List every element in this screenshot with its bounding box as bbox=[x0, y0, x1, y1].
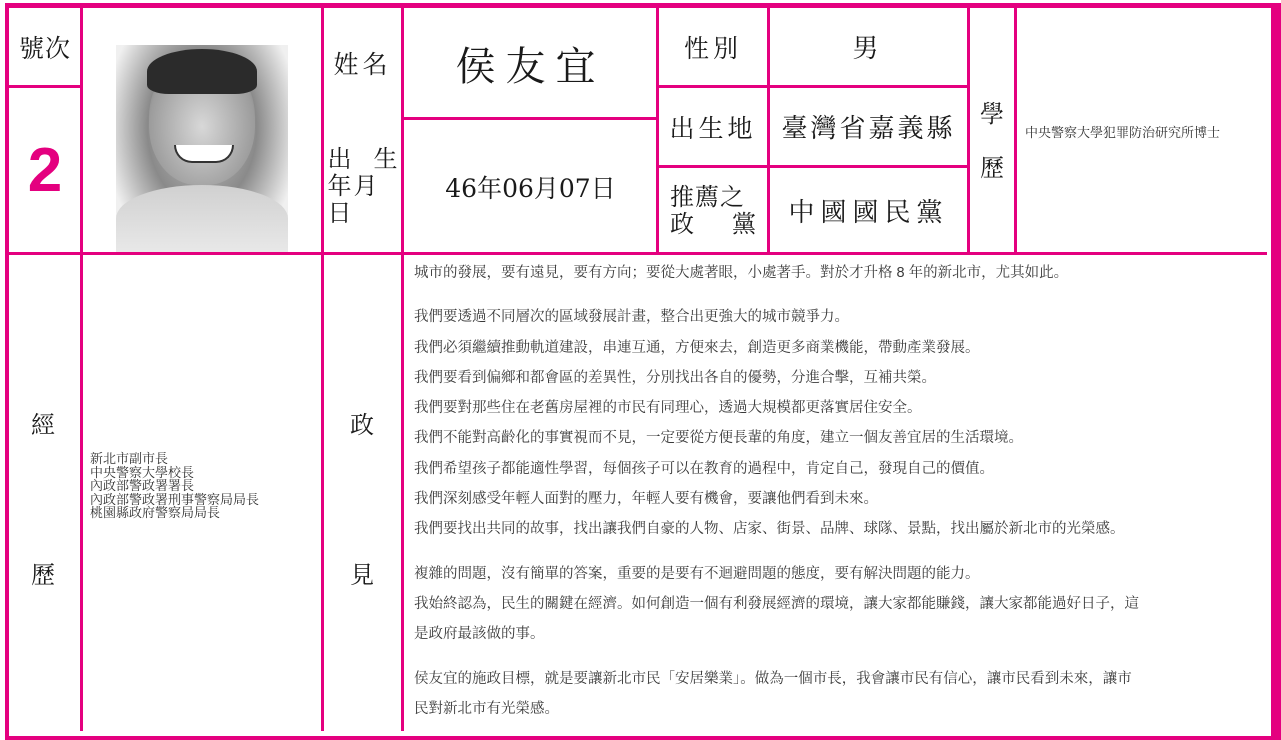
experience-label-cell: 經 歷 bbox=[9, 255, 81, 731]
policy-paragraph: 我們要對那些住在老舊房屋裡的市民有同理心，透過大規模都更落實居住安全。 bbox=[414, 393, 1264, 423]
experience-item: 內政部警政署署長 bbox=[90, 479, 259, 493]
gender-label-cell: 性別 bbox=[659, 8, 767, 85]
gender: 男 bbox=[852, 28, 884, 65]
education-label-cell: 學 歷 bbox=[970, 8, 1014, 253]
policy-text: 城市的發展，要有遠見，要有方向；要從大處著眼，小處著手。對於才升格 8 年的新北… bbox=[414, 258, 1264, 724]
policy-label-cell: 政 見 bbox=[324, 255, 401, 731]
party: 中國國民黨 bbox=[788, 192, 948, 229]
policy-paragraph: 我們必須繼續推動軌道建設，串連互通，方便來去，創造更多商業機能，帶動產業發展。 bbox=[414, 333, 1264, 363]
name-value-cell: 侯友宜 bbox=[404, 8, 657, 118]
policy-paragraph: 是政府最該做的事。 bbox=[414, 619, 1264, 649]
birthplace-label: 出生地 bbox=[669, 109, 756, 145]
experience-list: 新北市副市長 中央警察大學校長 內政部警政署署長 內政部警政署刑事警察局局長 桃… bbox=[90, 452, 259, 520]
birth-label: 出生 年月日 bbox=[328, 146, 398, 227]
birthplace-value-cell: 臺灣省嘉義縣 bbox=[770, 88, 967, 165]
policy-paragraph: 民對新北市有光榮感。 bbox=[414, 694, 1264, 724]
name-label-cell: 姓名 bbox=[324, 8, 401, 118]
name-label: 姓名 bbox=[333, 45, 391, 81]
birthplace-label-cell: 出生地 bbox=[659, 88, 767, 165]
policy-paragraph: 複雜的問題，沒有簡單的答案，重要的是要有不迴避問題的態度，要有解決問題的能力。 bbox=[414, 559, 1264, 589]
candidate-portrait bbox=[116, 45, 288, 252]
policy-paragraph: 我們要找出共同的故事，找出讓我們自豪的人物、店家、街景、品牌、球隊、景點，找出屬… bbox=[414, 514, 1264, 544]
experience-label-1: 經 bbox=[31, 405, 55, 440]
experience-item: 中央警察大學校長 bbox=[90, 466, 259, 480]
policy-paragraph: 我們希望孩子都能適性學習，每個孩子可以在教育的過程中，肯定自己，發現自己的價值。 bbox=[414, 454, 1264, 484]
party-label-part: 政 bbox=[670, 211, 694, 238]
experience-item: 內政部警政署刑事警察局局長 bbox=[90, 493, 259, 507]
number-cell: 2 bbox=[9, 88, 81, 252]
birth-label-part: 年月日 bbox=[328, 173, 398, 227]
portrait-smile bbox=[174, 145, 234, 163]
birthplace: 臺灣省嘉義縣 bbox=[781, 108, 955, 145]
birth-label-cell: 出生 年月日 bbox=[324, 120, 401, 253]
birth-label-part: 出 bbox=[328, 146, 352, 173]
party-value-cell: 中國國民黨 bbox=[770, 168, 967, 253]
candidate-number: 2 bbox=[28, 135, 62, 206]
birth-label-part: 生 bbox=[374, 146, 398, 173]
gender-label: 性別 bbox=[684, 29, 742, 65]
experience-item: 桃園縣政府警察局局長 bbox=[90, 506, 259, 520]
policy-paragraph: 我們不能對高齡化的事實視而不見，一定要從方便長輩的角度，建立一個友善宜居的生活環… bbox=[414, 423, 1264, 453]
party-label-part: 推薦之 bbox=[670, 184, 745, 211]
policy-paragraph: 侯友宜的施政目標，就是要讓新北市民「安居樂業」。做為一個市長，我會讓市民有信心，… bbox=[414, 664, 1264, 694]
candidate-name: 侯友宜 bbox=[456, 35, 606, 92]
policy-label-2: 見 bbox=[350, 555, 374, 590]
birthdate: 46年06月07日 bbox=[445, 169, 615, 205]
party-label-part: 黨 bbox=[732, 211, 756, 238]
education-value-cell: 中央警察大學犯罪防治研究所博士 bbox=[1017, 8, 1267, 253]
number-label: 號次 bbox=[19, 29, 71, 65]
experience-item: 新北市副市長 bbox=[90, 452, 259, 466]
education: 中央警察大學犯罪防治研究所博士 bbox=[1025, 122, 1220, 141]
education-label-1: 學 bbox=[980, 94, 1004, 129]
party-label: 推薦之 政黨 bbox=[670, 184, 756, 238]
birthdate-cell: 46年06月07日 bbox=[404, 120, 657, 253]
experience-label-2: 歷 bbox=[31, 555, 55, 590]
portrait-shirt bbox=[116, 185, 288, 252]
policy-paragraph: 我們深刻感受年輕人面對的壓力，年輕人要有機會，要讓他們看到未來。 bbox=[414, 484, 1264, 514]
policy-paragraph: 我始終認為，民生的關鍵在經濟。如何創造一個有利發展經濟的環境，讓大家都能賺錢，讓… bbox=[414, 589, 1264, 619]
education-label-2: 歷 bbox=[980, 148, 1004, 183]
party-label-cell: 推薦之 政黨 bbox=[659, 168, 767, 253]
portrait-hair bbox=[147, 49, 257, 94]
policy-paragraph: 我們要看到偏鄉和都會區的差異性，分別找出各自的優勢，分進合擊，互補共榮。 bbox=[414, 363, 1264, 393]
policy-paragraph: 城市的發展，要有遠見，要有方向；要從大處著眼，小處著手。對於才升格 8 年的新北… bbox=[414, 258, 1264, 288]
gender-value-cell: 男 bbox=[770, 8, 967, 85]
policy-paragraph: 我們要透過不同層次的區域發展計畫，整合出更強大的城市競爭力。 bbox=[414, 302, 1264, 332]
number-label-cell: 號次 bbox=[9, 8, 81, 85]
policy-label-1: 政 bbox=[350, 405, 374, 440]
